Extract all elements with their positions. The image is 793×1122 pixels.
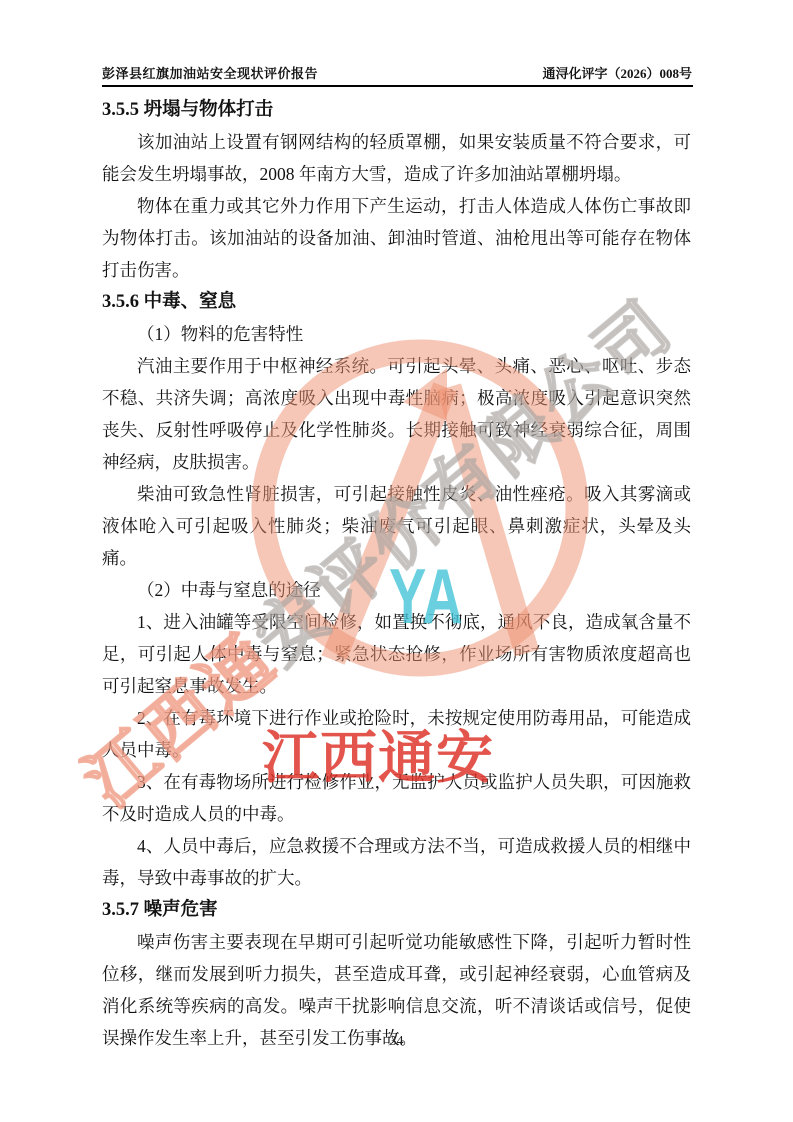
paragraph: 柴油可致急性肾脏损害，可引起接触性皮炎、油性痤疮。吸入其雾滴或液体呛入可引起吸入…	[102, 478, 691, 574]
subheading: （1）物料的危害特性	[102, 318, 691, 350]
document-body: 3.5.5 坍塌与物体打击 该加油站上设置有钢网结构的轻质罩棚，如果安装质量不符…	[102, 94, 691, 1054]
header-divider	[102, 85, 693, 87]
section-heading-356: 3.5.6 中毒、窒息	[102, 286, 691, 318]
list-item: 4、人员中毒后，应急救援不合理或方法不当，可造成救援人员的相继中毒，导致中毒事故…	[102, 830, 691, 894]
section-heading-357: 3.5.7 噪声危害	[102, 894, 691, 926]
header-report-title: 彭泽县红旗加油站安全现状评价报告	[102, 63, 318, 82]
list-item: 3、在有毒物场所进行检修作业，无监护人员或监护人员失职，可因施救不及时造成人员的…	[102, 766, 691, 830]
page-number: 34	[0, 1034, 793, 1050]
header-doc-number: 通浔化评字（2026）008号	[542, 63, 692, 82]
section-heading-355: 3.5.5 坍塌与物体打击	[102, 94, 691, 126]
paragraph: 物体在重力或其它外力作用下产生运动，打击人体造成人体伤亡事故即为物体打击。该加油…	[102, 190, 691, 286]
list-item: 1、进入油罐等受限空间检修，如置换不彻底，通风不良，造成氧含量不足，可引起人体中…	[102, 606, 691, 702]
paragraph: 汽油主要作用于中枢神经系统。可引起头晕、头痛、恶心、呕吐、步态不稳、共济失调；高…	[102, 350, 691, 478]
subheading: （2）中毒与窒息的途径	[102, 574, 691, 606]
report-page: 彭泽县红旗加油站安全现状评价报告 通浔化评字（2026）008号 3.5.5 坍…	[0, 0, 793, 1122]
paragraph: 该加油站上设置有钢网结构的轻质罩棚，如果安装质量不符合要求，可能会发生坍塌事故，…	[102, 126, 691, 190]
list-item: 2、在有毒环境下进行作业或抢险时，未按规定使用防毒用品，可能造成人员中毒。	[102, 702, 691, 766]
